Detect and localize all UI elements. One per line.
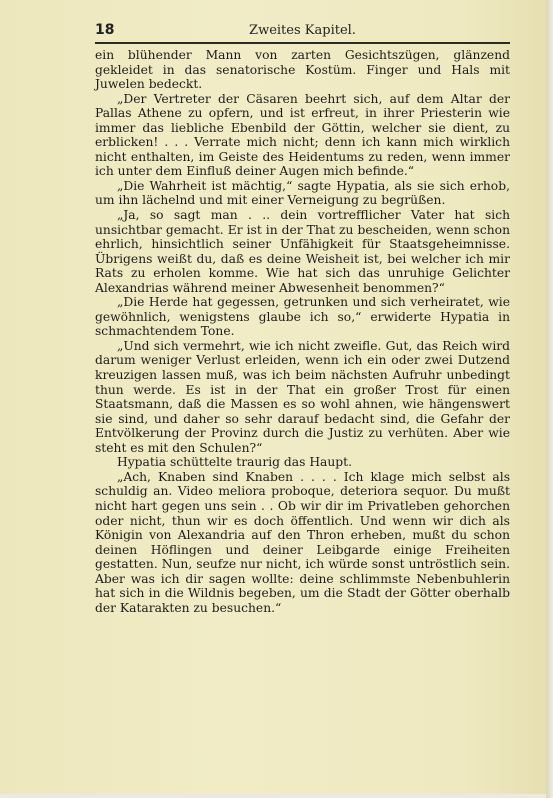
- page-header: 18 Zweites Kapitel.: [95, 22, 510, 42]
- paragraph: „Ja, so sagt man . .. dein vortreffliche…: [95, 208, 510, 295]
- paragraph: „Ach, Knaben sind Knaben . . . . Ich kla…: [95, 470, 510, 615]
- paragraph: Hypatia schüttelte traurig das Haupt.: [95, 455, 510, 470]
- paragraph: „Die Herde hat gegessen, getrunken und s…: [95, 295, 510, 339]
- running-title: Zweites Kapitel.: [95, 23, 510, 38]
- paragraph: ein blühender Mann von zarten Gesichtszü…: [95, 48, 510, 92]
- page-edge: [546, 0, 553, 798]
- paragraph: „Und sich vermehrt, wie ich nicht zweifl…: [95, 339, 510, 455]
- paragraph: „Die Wahrheit ist mächtig,“ sagte Hypati…: [95, 179, 510, 208]
- body-text: ein blühender Mann von zarten Gesichtszü…: [95, 48, 510, 615]
- header-rule: [95, 42, 510, 44]
- book-page: 18 Zweites Kapitel. ein blühender Mann v…: [0, 0, 546, 794]
- paragraph: „Der Vertreter der Cäsaren beehrt sich, …: [95, 92, 510, 179]
